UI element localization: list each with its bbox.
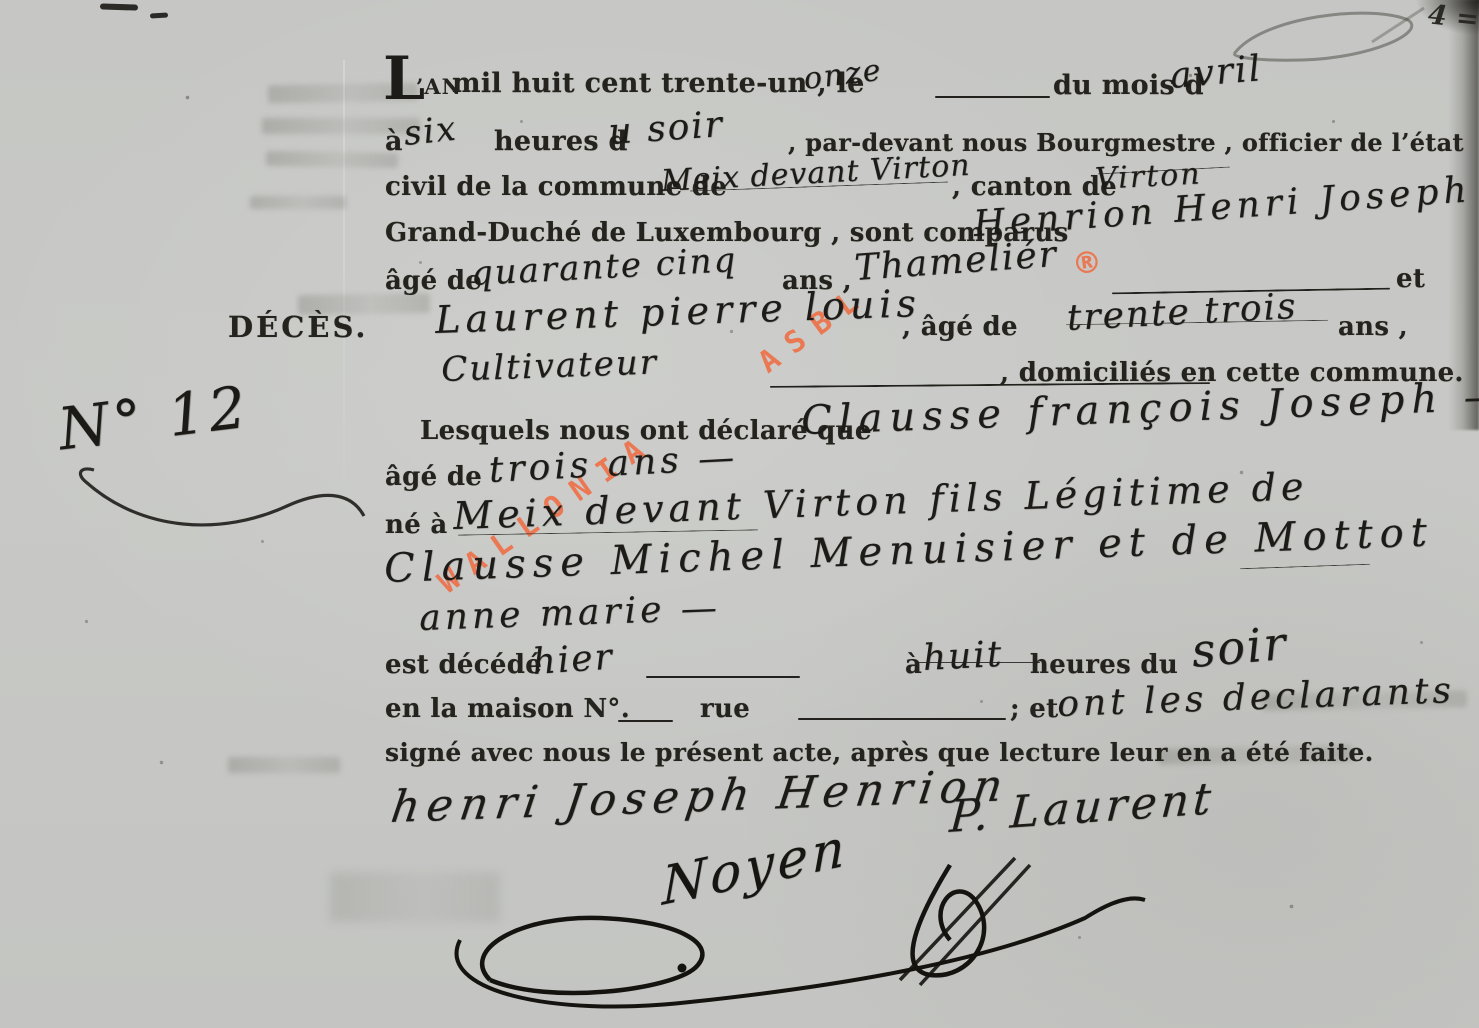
ink-mark xyxy=(100,3,138,10)
registered-trademark-icon: ® xyxy=(1070,244,1105,283)
blank-line xyxy=(618,720,673,722)
page-corner-mark: 4 = xyxy=(1427,0,1479,36)
act-number: N° 12 xyxy=(55,373,254,464)
printed-text: et xyxy=(1396,264,1425,294)
bleed-through-text xyxy=(250,196,346,209)
paper-specks xyxy=(0,0,1,1)
handwritten-occupation2: Cultivateur xyxy=(441,342,659,390)
death-record-scan: 4 = WALLONIA ASBL ® DÉCÈS. N° 12 L ’AN m… xyxy=(0,0,1479,1028)
printed-text: âgé de xyxy=(385,462,482,492)
witness1-signature: henri Joseph Henrion xyxy=(388,760,1013,833)
printed-text: âgé de xyxy=(385,266,482,296)
handwritten-age1: quarante cinq xyxy=(470,240,738,294)
printed-text: heures du xyxy=(1030,650,1178,680)
blank-line xyxy=(798,718,1006,720)
handwritten-month: avril xyxy=(1168,48,1263,97)
handwritten-commune: Meix devant Virton xyxy=(660,148,971,199)
official-signature-flourish xyxy=(430,840,1210,1028)
handwritten-period: u soir xyxy=(607,104,725,153)
printed-text: en la maison N°. xyxy=(385,694,630,724)
bleed-through-text xyxy=(266,151,398,168)
handwritten-hour: six xyxy=(402,109,459,154)
strike-line xyxy=(918,662,1040,663)
handwritten-death-day: hier xyxy=(531,636,615,683)
handwritten-age2: trente trois xyxy=(1066,286,1299,339)
handwritten-day: onze xyxy=(802,53,885,97)
printed-text: ; et xyxy=(1010,694,1058,724)
blank-line xyxy=(646,676,800,678)
printed-text: né à xyxy=(385,510,448,540)
blank-line xyxy=(935,96,1050,98)
ink-mark xyxy=(150,13,168,19)
printed-text: signé avec nous le présent acte, après q… xyxy=(385,738,1374,767)
printed-text: rue xyxy=(700,694,750,724)
printed-text: ans , xyxy=(1338,312,1408,342)
handwritten-death-hour: huit xyxy=(922,634,1004,679)
act-type-label: DÉCÈS. xyxy=(228,310,368,344)
act-number-flourish xyxy=(72,464,372,544)
strike-line xyxy=(1240,564,1370,570)
bleed-through-text xyxy=(228,757,340,773)
printed-text: est décédé xyxy=(385,650,542,680)
handwritten-mother: anne marie — xyxy=(419,587,722,639)
handwritten-death-period: soir xyxy=(1189,616,1289,678)
printed-text: , âgé de xyxy=(902,312,1018,342)
printed-text: à xyxy=(905,650,922,680)
printed-text: à xyxy=(385,126,403,157)
